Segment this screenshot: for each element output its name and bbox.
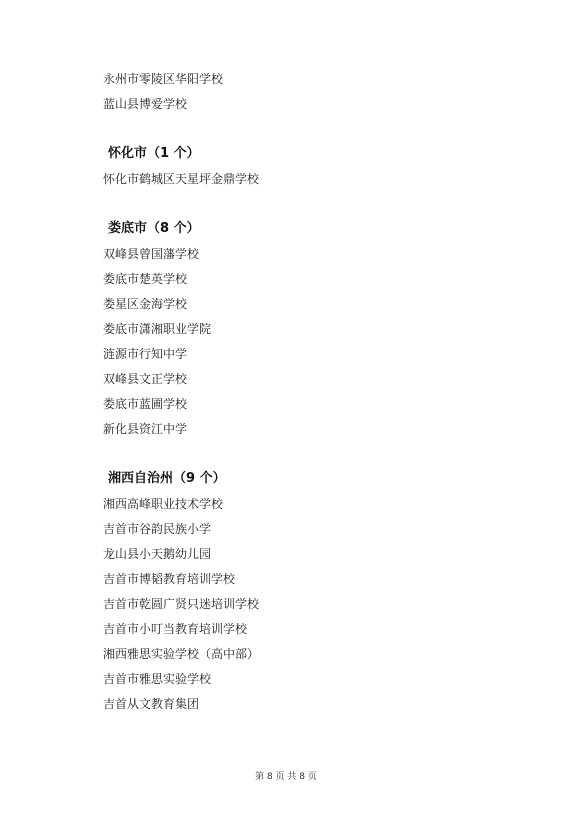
school-item: 吉首从文教育集团 [103, 697, 199, 711]
section-heading-loudi: 娄底市（8 个） [108, 221, 200, 236]
school-item: 娄底市蓝圃学校 [103, 397, 187, 411]
school-item: 吉首市博韬教育培训学校 [103, 572, 235, 586]
school-item: 吉首市乾圆广贤只迷培训学校 [103, 597, 259, 611]
section-heading-xiangxi: 湘西自治州（9 个） [108, 471, 226, 486]
school-item: 娄底市楚英学校 [103, 272, 187, 286]
school-item: 吉首市谷韵民族小学 [103, 522, 211, 536]
school-item: 湘西雅思实验学校（高中部） [103, 647, 259, 661]
school-item: 双峰县文正学校 [103, 372, 187, 386]
school-item: 双峰县曾国藩学校 [103, 247, 199, 261]
document-page: 永州市零陵区华阳学校 蓝山县博爱学校 怀化市（1 个） 怀化市鹤城区天星坪金鼎学… [0, 0, 572, 827]
school-item: 娄星区金海学校 [103, 297, 187, 311]
section-heading-huaihua: 怀化市（1 个） [108, 146, 200, 161]
school-item: 怀化市鹤城区天星坪金鼎学校 [103, 172, 259, 186]
school-item: 湘西高峰职业技术学校 [103, 497, 223, 511]
school-item: 吉首市小叮当教育培训学校 [103, 622, 247, 636]
school-item: 吉首市雅思实验学校 [103, 672, 211, 686]
school-item: 蓝山县博爱学校 [103, 97, 187, 111]
school-item: 娄底市潇湘职业学院 [103, 322, 211, 336]
page-number-footer: 第 8 页 共 8 页 [0, 772, 572, 783]
school-item: 龙山县小天鹅幼儿园 [103, 547, 211, 561]
school-item: 涟源市行知中学 [103, 347, 187, 361]
school-item: 永州市零陵区华阳学校 [103, 72, 223, 86]
school-item: 新化县资江中学 [103, 422, 187, 436]
